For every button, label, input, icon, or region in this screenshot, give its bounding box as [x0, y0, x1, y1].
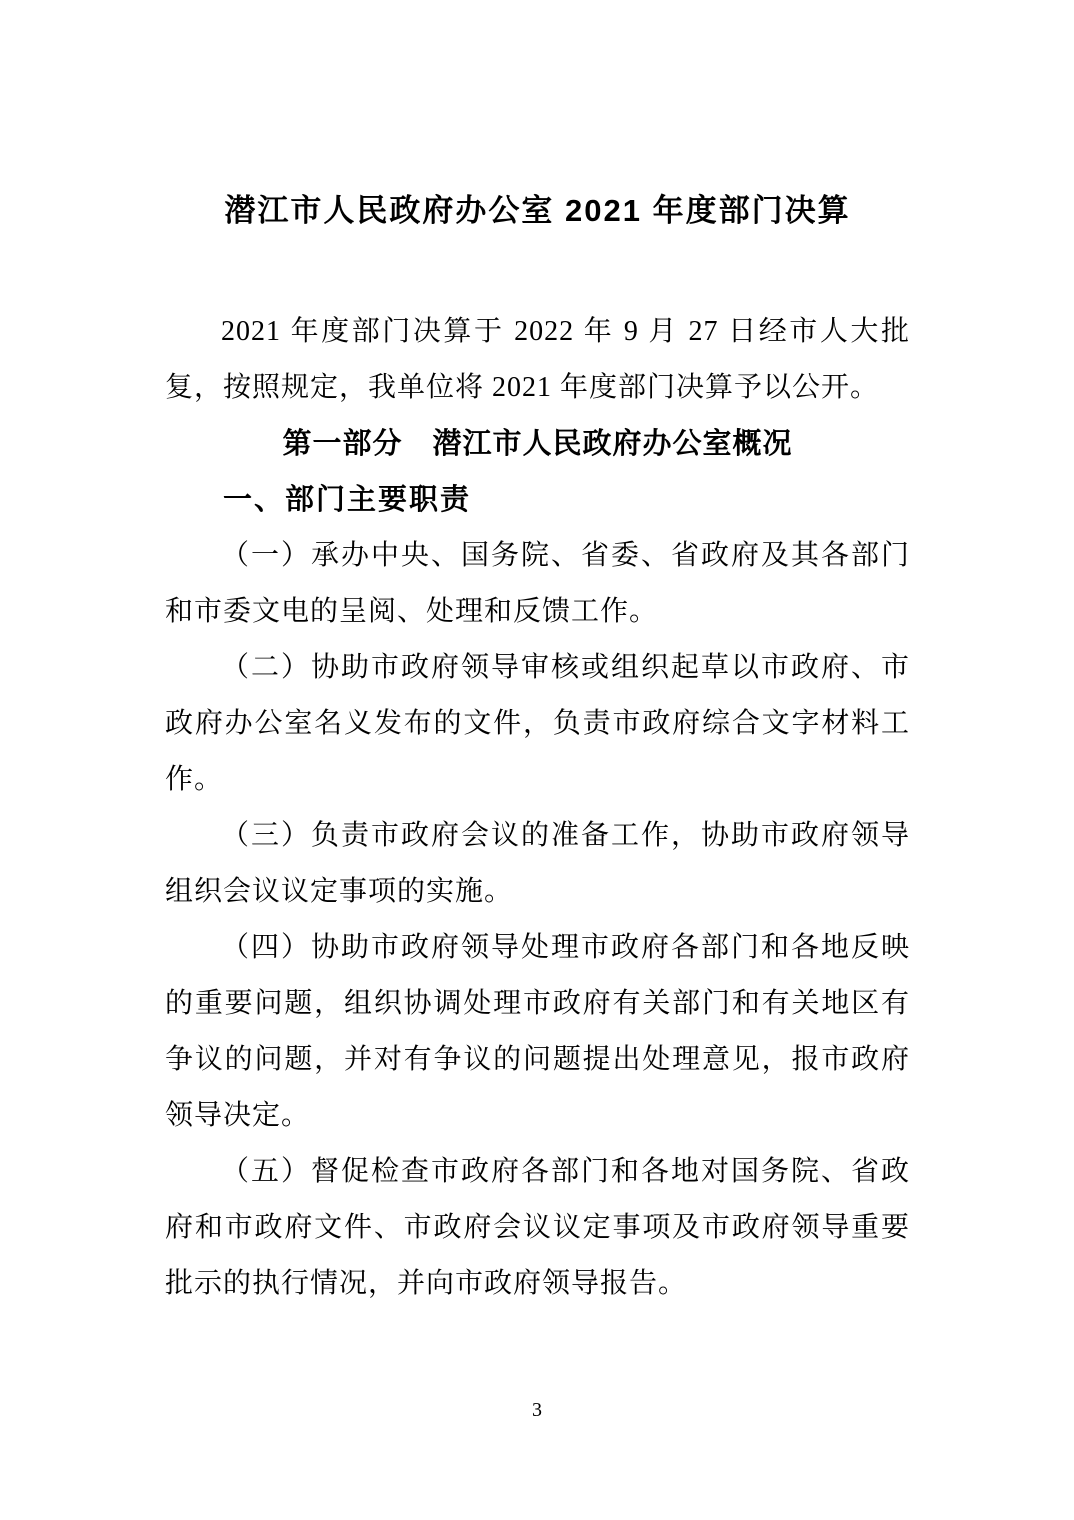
duty-paragraph-1: （一）承办中央、国务院、省委、省政府及其各部门和市委文电的呈阅、处理和反馈工作。 [165, 528, 910, 640]
duty-paragraph-4: （四）协助市政府领导处理市政府各部门和各地反映的重要问题，组织协调处理市政府有关… [165, 920, 910, 1144]
document-content: 潜江市人民政府办公室 2021 年度部门决算 2021 年度部门决算于 2022… [165, 183, 910, 1312]
intro-paragraph: 2021 年度部门决算于 2022 年 9 月 27 日经市人大批复，按照规定，… [165, 304, 910, 416]
duty-paragraph-3: （三）负责市政府会议的准备工作，协助市政府领导组织会议议定事项的实施。 [165, 808, 910, 920]
page-number: 3 [0, 1396, 1074, 1424]
document-page: 潜江市人民政府办公室 2021 年度部门决算 2021 年度部门决算于 2022… [0, 0, 1074, 1520]
duty-paragraph-5: （五）督促检查市政府各部门和各地对国务院、省政府和市政府文件、市政府会议议定事项… [165, 1144, 910, 1312]
document-title: 潜江市人民政府办公室 2021 年度部门决算 [165, 183, 910, 239]
part1-heading: 第一部分 潜江市人民政府办公室概况 [165, 416, 910, 472]
section1-heading: 一、部门主要职责 [165, 472, 910, 528]
duty-paragraph-2: （二）协助市政府领导审核或组织起草以市政府、市政府办公室名义发布的文件，负责市政… [165, 640, 910, 808]
